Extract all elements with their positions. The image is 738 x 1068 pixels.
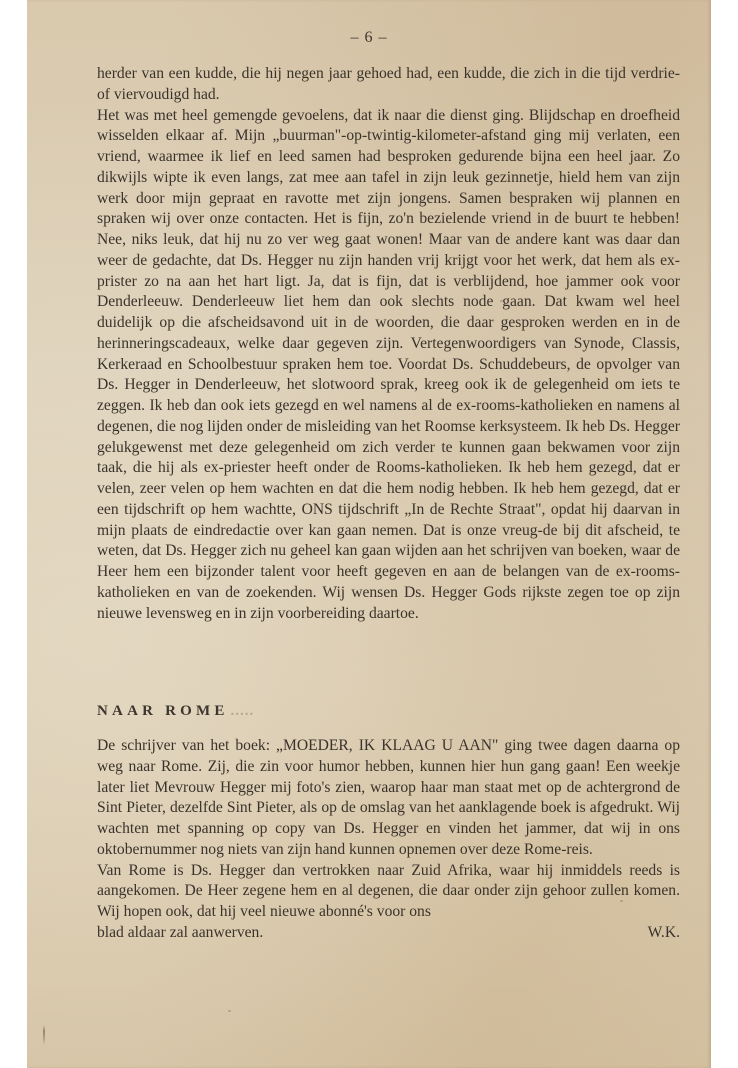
article-body-section-1: herder van een kudde, die hij negen jaar… [97, 64, 680, 624]
section-heading-dots: ..... [231, 703, 255, 719]
closing-text: blad aldaar zal aanwerven. [97, 923, 263, 944]
paper-speck [620, 900, 623, 902]
paper-speck [500, 300, 503, 302]
article-body-section-2: De schrijver van het boek: „MOEDER, IK K… [97, 736, 680, 944]
paragraph: herder van een kudde, die hij negen jaar… [97, 64, 680, 106]
author-signature: W.K. [648, 923, 680, 944]
margin-pencil-mark [43, 1025, 45, 1045]
page-number: – 6 – [0, 29, 738, 47]
paragraph: Van Rome is Ds. Hegger dan vertrokken na… [97, 861, 680, 923]
closing-line: blad aldaar zal aanwerven. W.K. [97, 923, 680, 944]
section-heading-text: NAAR ROME [97, 703, 229, 719]
section-heading-naar-rome: NAAR ROME..... [97, 703, 254, 720]
paragraph: Het was met heel gemengde gevoelens, dat… [97, 106, 680, 625]
paragraph: De schrijver van het boek: „MOEDER, IK K… [97, 736, 680, 861]
paper-speck [228, 1010, 231, 1012]
